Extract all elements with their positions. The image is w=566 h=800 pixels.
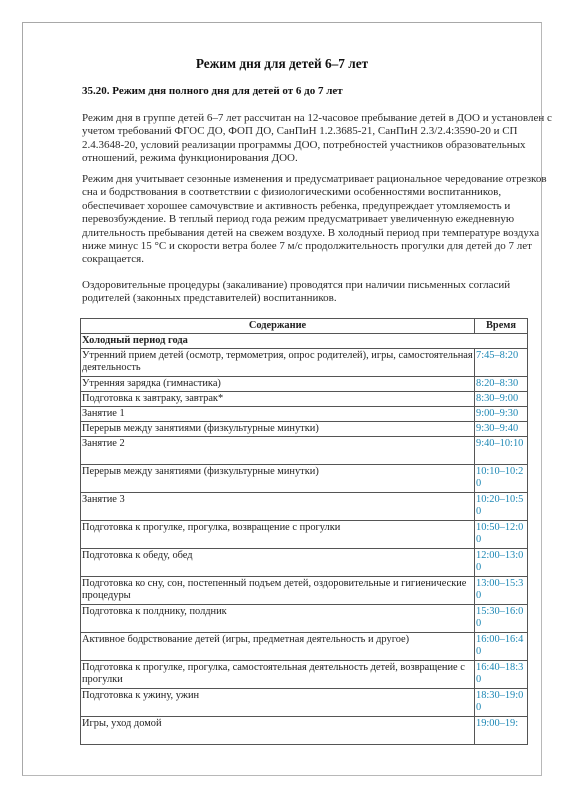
activity-cell: Подготовка к прогулке, прогулка, возвращ…: [81, 520, 475, 548]
table-row: Подготовка к полднику, полдник15:30–16:0…: [81, 604, 528, 632]
table-row: Игры, уход домой19:00–19:: [81, 716, 528, 744]
activity-cell: Перерыв между занятиями (физкультурные м…: [81, 464, 475, 492]
activity-cell: Утренний прием детей (осмотр, термометри…: [81, 348, 475, 376]
table-row: Перерыв между занятиями (физкультурные м…: [81, 464, 528, 492]
table-row: Занятие 19:00–9:30: [81, 406, 528, 421]
time-cell: 18:30–19:00: [475, 688, 528, 716]
activity-cell: Перерыв между занятиями (физкультурные м…: [81, 421, 475, 436]
time-cell: 9:00–9:30: [475, 406, 528, 421]
document-title: Режим дня для детей 6–7 лет: [23, 56, 541, 72]
activity-cell: Подготовка к обеду, обед: [81, 548, 475, 576]
table-row: Утренняя зарядка (гимнастика)8:20–8:30: [81, 376, 528, 391]
time-cell: 8:20–8:30: [475, 376, 528, 391]
table-row: Подготовка к обеду, обед12:00–13:00: [81, 548, 528, 576]
table-row: Занятие 29:40–10:10: [81, 436, 528, 464]
time-cell: 19:00–19:: [475, 716, 528, 744]
time-cell: 8:30–9:00: [475, 391, 528, 406]
time-cell: 7:45–8:20: [475, 348, 528, 376]
time-cell: 16:40–18:30: [475, 660, 528, 688]
time-cell: 10:50–12:00: [475, 520, 528, 548]
table-row: Подготовка к прогулке, прогулка, самосто…: [81, 660, 528, 688]
activity-cell: Игры, уход домой: [81, 716, 475, 744]
table-row: Активное бодрствование детей (игры, пред…: [81, 632, 528, 660]
time-cell: 10:10–10:20: [475, 464, 528, 492]
table-row: Подготовка ко сну, сон, постепенный подъ…: [81, 576, 528, 604]
paragraph-seasonal: Режим дня учитывает сезонные изменения и…: [82, 173, 552, 267]
section-label: Холодный период года: [81, 334, 528, 349]
paragraph-intro: Режим дня в группе детей 6–7 лет рассчит…: [82, 112, 552, 166]
activity-cell: Подготовка к прогулке, прогулка, самосто…: [81, 660, 475, 688]
schedule-table: Содержание Время Холодный период года Ут…: [80, 318, 528, 745]
document-page: Режим дня для детей 6–7 лет 35.20. Режим…: [22, 22, 542, 776]
time-cell: 13:00–15:30: [475, 576, 528, 604]
column-header-content: Содержание: [81, 319, 475, 334]
activity-cell: Подготовка к полднику, полдник: [81, 604, 475, 632]
activity-cell: Утренняя зарядка (гимнастика): [81, 376, 475, 391]
table-row: Утренний прием детей (осмотр, термометри…: [81, 348, 528, 376]
activity-cell: Активное бодрствование детей (игры, пред…: [81, 632, 475, 660]
time-cell: 16:00–16:40: [475, 632, 528, 660]
section-heading: 35.20. Режим дня полного дня для детей о…: [82, 85, 343, 97]
table-row: Подготовка к завтраку, завтрак*8:30–9:00: [81, 391, 528, 406]
activity-cell: Подготовка к завтраку, завтрак*: [81, 391, 475, 406]
activity-cell: Подготовка ко сну, сон, постепенный подъ…: [81, 576, 475, 604]
activity-cell: Занятие 3: [81, 492, 475, 520]
activity-cell: Подготовка к ужину, ужин: [81, 688, 475, 716]
table-row: Перерыв между занятиями (физкультурные м…: [81, 421, 528, 436]
paragraph-procedures: Оздоровительные процедуры (закаливание) …: [82, 279, 552, 306]
time-cell: 15:30–16:00: [475, 604, 528, 632]
table-row: Занятие 310:20–10:50: [81, 492, 528, 520]
activity-cell: Занятие 1: [81, 406, 475, 421]
time-cell: 9:30–9:40: [475, 421, 528, 436]
table-section-row: Холодный период года: [81, 334, 528, 349]
time-cell: 10:20–10:50: [475, 492, 528, 520]
activity-cell: Занятие 2: [81, 436, 475, 464]
column-header-time: Время: [475, 319, 528, 334]
time-cell: 12:00–13:00: [475, 548, 528, 576]
table-row: Подготовка к прогулке, прогулка, возвращ…: [81, 520, 528, 548]
table-row: Подготовка к ужину, ужин18:30–19:00: [81, 688, 528, 716]
time-cell: 9:40–10:10: [475, 436, 528, 464]
